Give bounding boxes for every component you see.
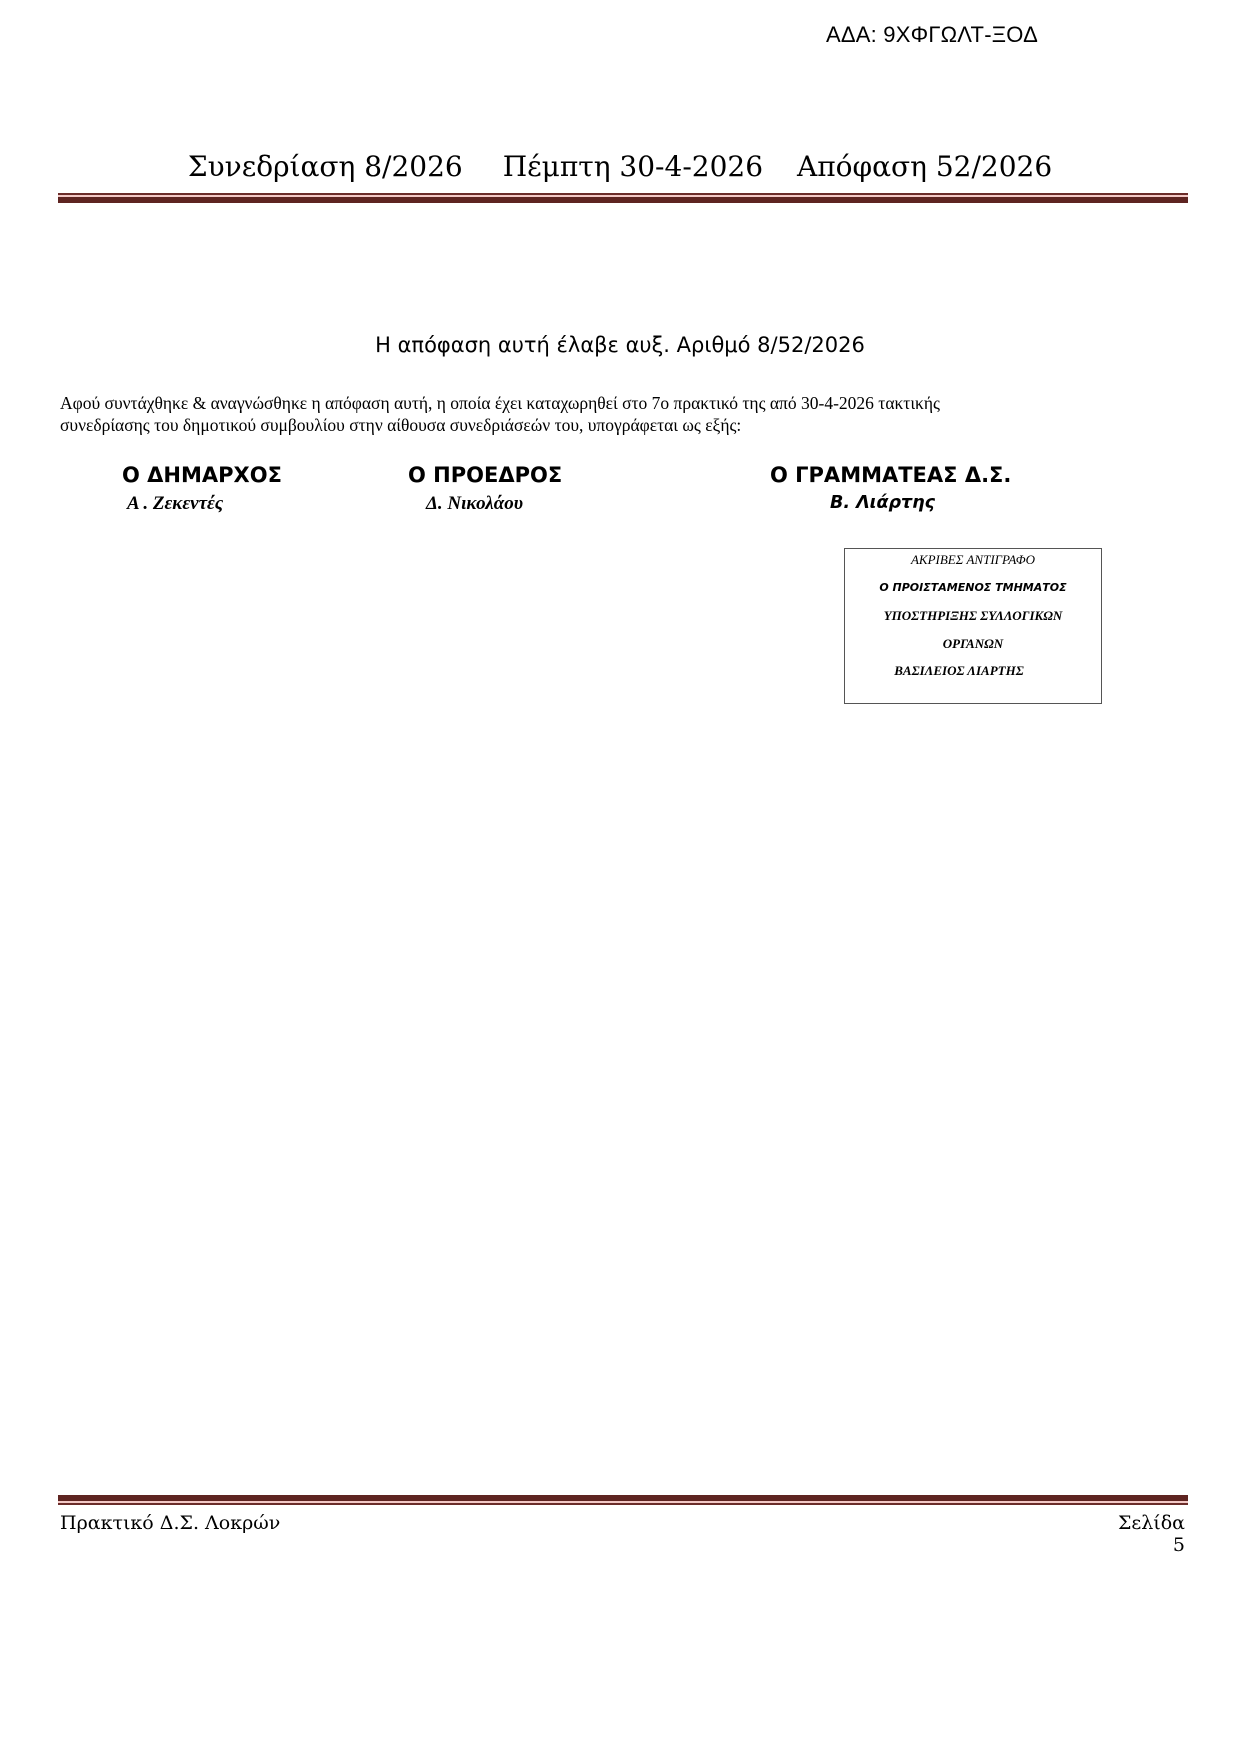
signing-paragraph: Αφού συντάχθηκε & αναγνώσθηκε η απόφαση …	[60, 392, 1190, 436]
session-date: Πέμπτη 30-4-2026	[503, 150, 763, 183]
paragraph-line: Αφού συντάχθηκε & αναγνώσθηκε η απόφαση …	[60, 392, 1190, 414]
stamp-line: ΟΡΓΑΝΩΝ	[845, 636, 1101, 652]
footer-document-title: Πρακτικό Δ.Σ. Λοκρών	[60, 1512, 280, 1534]
signatory-title-president: Ο ΠΡΟΕΔΡΟΣ	[408, 463, 562, 487]
footer-rule	[58, 1495, 1188, 1505]
signatory-title-secretary: Ο ΓΡΑΜΜΑΤΕΑΣ Δ.Σ.	[770, 463, 1011, 487]
page-header: Συνεδρίαση 8/2026Πέμπτη 30-4-2026Απόφαση…	[0, 150, 1240, 183]
decision-number-header: Απόφαση 52/2026	[797, 150, 1052, 183]
stamp-line: ΑΚΡΙΒΕΣ ΑΝΤΙΓΡΑΦΟ	[845, 552, 1101, 568]
decision-serial: Η απόφαση αυτή έλαβε αυξ. Αριθμό 8/52/20…	[0, 333, 1240, 357]
page-number: Σελίδα 5	[1100, 1512, 1185, 1556]
certified-copy-stamp: ΑΚΡΙΒΕΣ ΑΝΤΙΓΡΑΦΟ Ο ΠΡΟΙΣΤΑΜΕΝΟΣ ΤΜΗΜΑΤΟ…	[844, 548, 1102, 704]
signatory-title-mayor: Ο ΔΗΜΑΡΧΟΣ	[122, 463, 282, 487]
header-rule	[58, 193, 1188, 203]
ada-code: ΑΔΑ: 9ΧΦΓΩΛΤ-ΞΟΔ	[826, 22, 1038, 48]
signatory-name-president: Δ. Νικολάου	[426, 493, 523, 515]
stamp-line: ΥΠΟΣΤΗΡΙΞΗΣ ΣΥΛΛΟΓΙΚΩΝ	[845, 608, 1101, 624]
stamp-line: ΒΑΣΙΛΕΙΟΣ ΛΙΑΡΤΗΣ	[831, 663, 1087, 679]
stamp-line: Ο ΠΡΟΙΣΤΑΜΕΝΟΣ ΤΜΗΜΑΤΟΣ	[845, 581, 1101, 594]
paragraph-line: συνεδρίασης του δημοτικού συμβουλίου στη…	[60, 414, 1190, 436]
signatory-name-mayor: Α . Ζεκεντές	[127, 493, 223, 515]
signatory-name-secretary: Β. Λιάρτης	[830, 493, 935, 513]
session-number: Συνεδρίαση 8/2026	[188, 150, 463, 183]
